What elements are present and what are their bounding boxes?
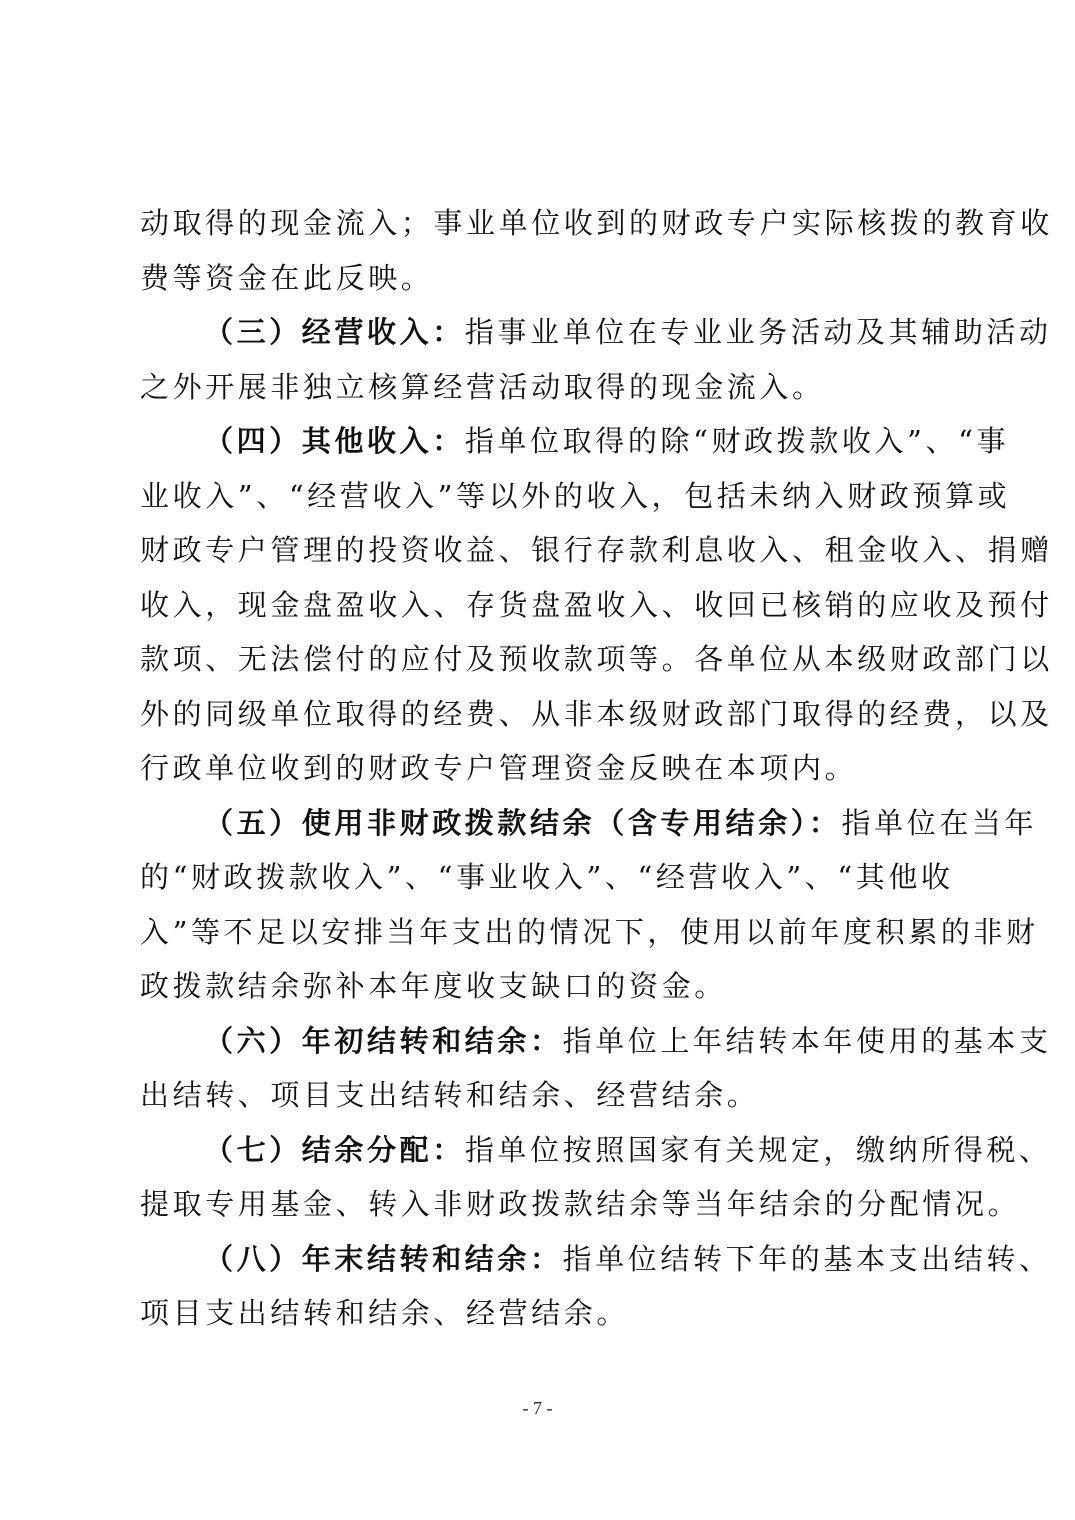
section-heading: （三）经营收入： <box>204 315 465 349</box>
line-text: 出结转、项目支出结转和结余、经营结余。 <box>140 1078 759 1112</box>
text-line: 外的同级单位取得的经费、从非本级财政部门取得的经费，以及 <box>140 687 940 742</box>
line-text: 款项、无法偿付的应付及预收款项等。各单位从本级财政部门以 <box>140 642 1053 676</box>
line-text: 指事业单位在专业业务活动及其辅助活动 <box>465 315 1052 349</box>
line-text: 外的同级单位取得的经费、从非本级财政部门取得的经费，以及 <box>140 697 1053 731</box>
line-text: 行政单位收到的财政专户管理资金反映在本项内。 <box>140 751 857 785</box>
text-line: 行政单位收到的财政专户管理资金反映在本项内。 <box>140 741 940 796</box>
line-text: 项目支出结转和结余、经营结余。 <box>140 1296 629 1330</box>
line-text: 提取专用基金、转入非财政拨款结余等当年结余的分配情况。 <box>140 1187 1020 1221</box>
page-number: - 7 - <box>0 1398 1075 1419</box>
section-heading: （七）结余分配： <box>204 1133 465 1167</box>
section-5-heading-line: （五）使用非财政拨款结余（含专用结余）：指单位在当年 <box>140 796 940 851</box>
section-heading: （五）使用非财政拨款结余（含专用结余）： <box>204 806 842 840</box>
section-8-heading-line: （八）年末结转和结余：指单位结转下年的基本支出结转、 <box>140 1232 940 1287</box>
line-text: 指单位按照国家有关规定，缴纳所得税、 <box>465 1133 1052 1167</box>
section-heading: （六）年初结转和结余： <box>204 1024 563 1058</box>
text-line: 收入，现金盘盈收入、存货盘盈收入、收回已核销的应收及预付 <box>140 578 940 633</box>
section-4-heading-line: （四）其他收入：指单位取得的除“财政拨款收入”、“事 <box>140 414 940 469</box>
text-line: 款项、无法偿付的应付及预收款项等。各单位从本级财政部门以 <box>140 632 940 687</box>
text-line: 之外开展非独立核算经营活动取得的现金流入。 <box>140 360 940 415</box>
text-line: 业收入”、“经营收入”等以外的收入，包括未纳入财政预算或 <box>140 469 940 524</box>
line-text: 入”等不足以安排当年支出的情况下，使用以前年度积累的非财 <box>140 915 1039 949</box>
section-3-heading-line: （三）经营收入：指事业单位在专业业务活动及其辅助活动 <box>140 305 940 360</box>
text-line: 的“财政拨款收入”、“事业收入”、“经营收入”、“其他收 <box>140 850 940 905</box>
line-text: 之外开展非独立核算经营活动取得的现金流入。 <box>140 370 825 404</box>
text-line: 出结转、项目支出结转和结余、经营结余。 <box>140 1068 940 1123</box>
line-text: 收入，现金盘盈收入、存货盘盈收入、收回已核销的应收及预付 <box>140 588 1053 622</box>
section-6-heading-line: （六）年初结转和结余：指单位上年结转本年使用的基本支 <box>140 1014 940 1069</box>
text-line: 动取得的现金流入；事业单位收到的财政专户实际核拨的教育收 <box>140 196 940 251</box>
text-line: 提取专用基金、转入非财政拨款结余等当年结余的分配情况。 <box>140 1177 940 1232</box>
text-line: 政拨款结余弥补本年度收支缺口的资金。 <box>140 959 940 1014</box>
line-text: 指单位取得的除“财政拨款收入”、“事 <box>465 424 1009 458</box>
text-line: 项目支出结转和结余、经营结余。 <box>140 1286 940 1341</box>
text-line: 财政专户管理的投资收益、银行存款利息收入、租金收入、捐赠 <box>140 523 940 578</box>
line-text: 动取得的现金流入；事业单位收到的财政专户实际核拨的教育收 <box>140 206 1053 240</box>
section-7-heading-line: （七）结余分配：指单位按照国家有关规定，缴纳所得税、 <box>140 1123 940 1178</box>
line-text: 的“财政拨款收入”、“事业收入”、“经营收入”、“其他收 <box>140 860 954 894</box>
line-text: 政拨款结余弥补本年度收支缺口的资金。 <box>140 969 727 1003</box>
section-heading: （四）其他收入： <box>204 424 465 458</box>
line-text: 财政专户管理的投资收益、银行存款利息收入、租金收入、捐赠 <box>140 533 1053 567</box>
line-text: 业收入”、“经营收入”等以外的收入，包括未纳入财政预算或 <box>140 479 1010 513</box>
text-line: 入”等不足以安排当年支出的情况下，使用以前年度积累的非财 <box>140 905 940 960</box>
line-text: 指单位在当年 <box>842 806 1038 840</box>
line-text: 费等资金在此反映。 <box>140 261 433 295</box>
line-text: 指单位结转下年的基本支出结转、 <box>563 1242 1052 1276</box>
line-text: 指单位上年结转本年使用的基本支 <box>563 1024 1052 1058</box>
text-line: 费等资金在此反映。 <box>140 251 940 306</box>
section-heading: （八）年末结转和结余： <box>204 1242 563 1276</box>
document-body: 动取得的现金流入；事业单位收到的财政专户实际核拨的教育收 费等资金在此反映。 （… <box>140 196 940 1341</box>
